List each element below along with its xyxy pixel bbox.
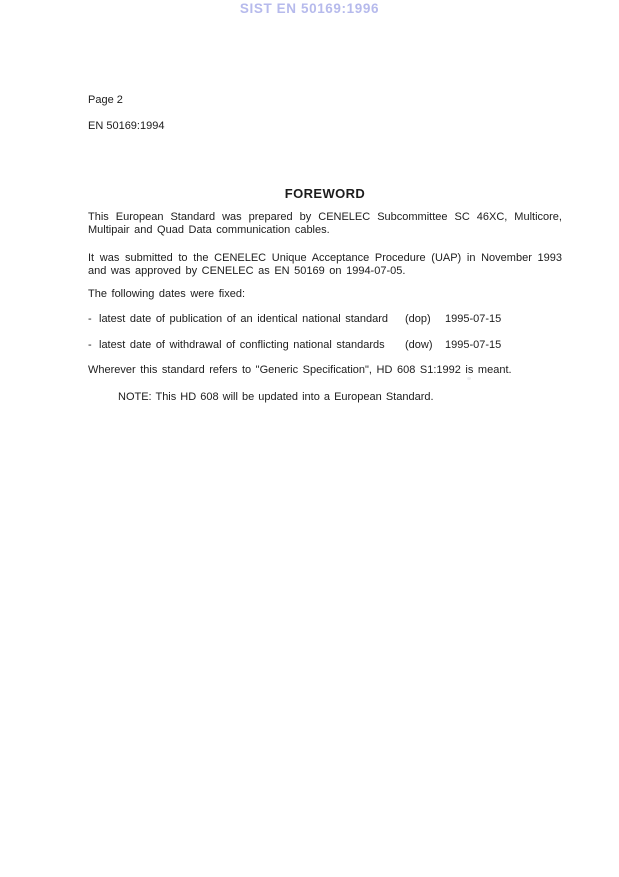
page-number: Page 2 xyxy=(88,94,562,107)
page-content: Page 2 EN 50169:1994 FOREWORD This Europ… xyxy=(88,0,562,404)
paragraph-dates-intro: The following dates were fixed: xyxy=(88,288,562,302)
scan-artifact-speck xyxy=(467,377,471,380)
list-dash: - xyxy=(88,313,99,327)
date-item-abbr: (dop) xyxy=(405,313,445,327)
page-header: Page 2 EN 50169:1994 xyxy=(88,80,562,147)
foreword-heading: FOREWORD xyxy=(88,187,562,201)
list-dash: - xyxy=(88,339,99,353)
paragraph-generic-specification: Wherever this standard refers to "Generi… xyxy=(88,364,562,378)
document-page: SIST EN 50169:1996 Page 2 EN 50169:1994 … xyxy=(0,0,619,877)
date-item-dop: - latest date of publication of an ident… xyxy=(88,313,562,327)
date-item-date: 1995-07-15 xyxy=(445,313,501,327)
paragraph-note: NOTE: This HD 608 will be updated into a… xyxy=(88,391,562,405)
paragraph-submitted: It was submitted to the CENELEC Unique A… xyxy=(88,252,562,279)
date-item-text: latest date of publication of an identic… xyxy=(99,313,405,327)
date-item-abbr: (dow) xyxy=(405,339,445,353)
date-item-dow: - latest date of withdrawal of conflicti… xyxy=(88,339,562,353)
standard-reference: EN 50169:1994 xyxy=(88,120,562,133)
date-item-text: latest date of withdrawal of conflicting… xyxy=(99,339,405,353)
paragraph-prepared-by: This European Standard was prepared by C… xyxy=(88,211,562,238)
date-item-date: 1995-07-15 xyxy=(445,339,501,353)
